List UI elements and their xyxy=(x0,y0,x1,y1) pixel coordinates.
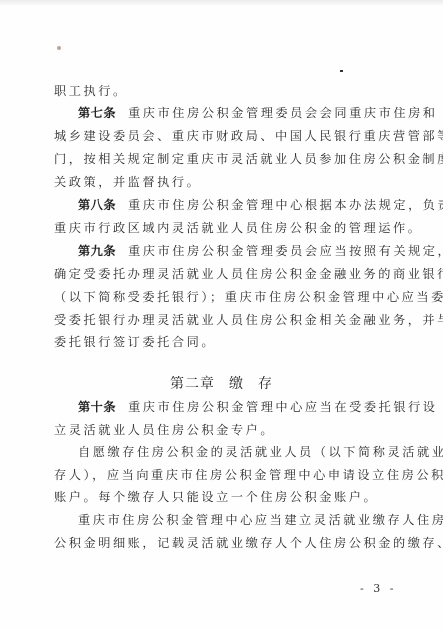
article-8-first-line: 第八条重庆市住房公积金管理中心根据本办法规定，负责 xyxy=(78,197,418,213)
article-text: 确定受委托办理灵活就业人员住房公积金金融业务的商业银行 xyxy=(54,266,394,282)
chapter-heading: 第二章缴存 xyxy=(0,375,443,393)
article-7-label: 第七条 xyxy=(78,106,116,120)
chapter-number: 第二章 xyxy=(170,376,215,392)
article-8-label: 第八条 xyxy=(78,198,116,212)
article-text: 重庆市住房公积金管理委员会应当按照有关规定， xyxy=(128,244,443,258)
continuation-line: 职工执行。 xyxy=(54,83,394,99)
chapter-title-char: 存 xyxy=(258,376,273,392)
article-10-label: 第十条 xyxy=(78,400,116,414)
article-text: 城乡建设委员会、重庆市财政局、中国人民银行重庆营管部等部 xyxy=(54,128,394,144)
article-text: 门，按相关规定制定重庆市灵活就业人员参加住房公积金制度相 xyxy=(54,151,394,167)
paragraph-text: 账户。每个缴存人只能设立一个住房公积金账户。 xyxy=(54,489,394,505)
article-text: 重庆市住房公积金管理委员会会同重庆市住房和 xyxy=(128,106,438,120)
article-text: 重庆市住房公积金管理中心应当在受委托银行设 xyxy=(128,400,438,414)
article-9-first-line: 第九条重庆市住房公积金管理委员会应当按照有关规定， xyxy=(78,243,418,259)
paragraph-text: 重庆市住房公积金管理中心应当建立灵活就业缴存人住房 xyxy=(78,512,418,528)
scan-mark xyxy=(340,70,343,72)
article-text: 重庆市住房公积金管理中心根据本办法规定，负责 xyxy=(128,198,443,212)
article-text: 重庆市行政区域内灵活就业人员住房公积金的管理运作。 xyxy=(54,220,394,236)
scan-speck xyxy=(57,46,61,50)
paragraph-text: 存人），应当向重庆市住房公积金管理中心申请设立住房公积金 xyxy=(54,467,394,483)
page-number: - 3 - xyxy=(360,582,396,595)
article-text: 委托银行签订委托合同。 xyxy=(54,334,394,350)
chapter-title-char: 缴 xyxy=(229,376,244,392)
article-7-first-line: 第七条重庆市住房公积金管理委员会会同重庆市住房和 xyxy=(78,105,418,121)
paragraph-text: 公积金明细账，记载灵活就业缴存人个人住房公积金的缴存、提 xyxy=(54,535,394,551)
article-text: 关政策，并监督执行。 xyxy=(54,174,394,190)
document-page: 职工执行。 第七条重庆市住房公积金管理委员会会同重庆市住房和 城乡建设委员会、重… xyxy=(0,0,443,629)
article-text: 受委托银行办理灵活就业人员住房公积金相关金融业务，并与受 xyxy=(54,312,394,328)
article-10-first-line: 第十条重庆市住房公积金管理中心应当在受委托银行设 xyxy=(78,399,418,415)
article-text: （以下简称受委托银行）；重庆市住房公积金管理中心应当委托 xyxy=(54,289,394,305)
article-text: 立灵活就业人员住房公积金专户。 xyxy=(54,422,394,438)
page-top-shadow xyxy=(0,0,443,6)
article-9-label: 第九条 xyxy=(78,244,116,258)
paragraph-text: 自愿缴存住房公积金的灵活就业人员（以下简称灵活就业缴 xyxy=(78,444,418,460)
